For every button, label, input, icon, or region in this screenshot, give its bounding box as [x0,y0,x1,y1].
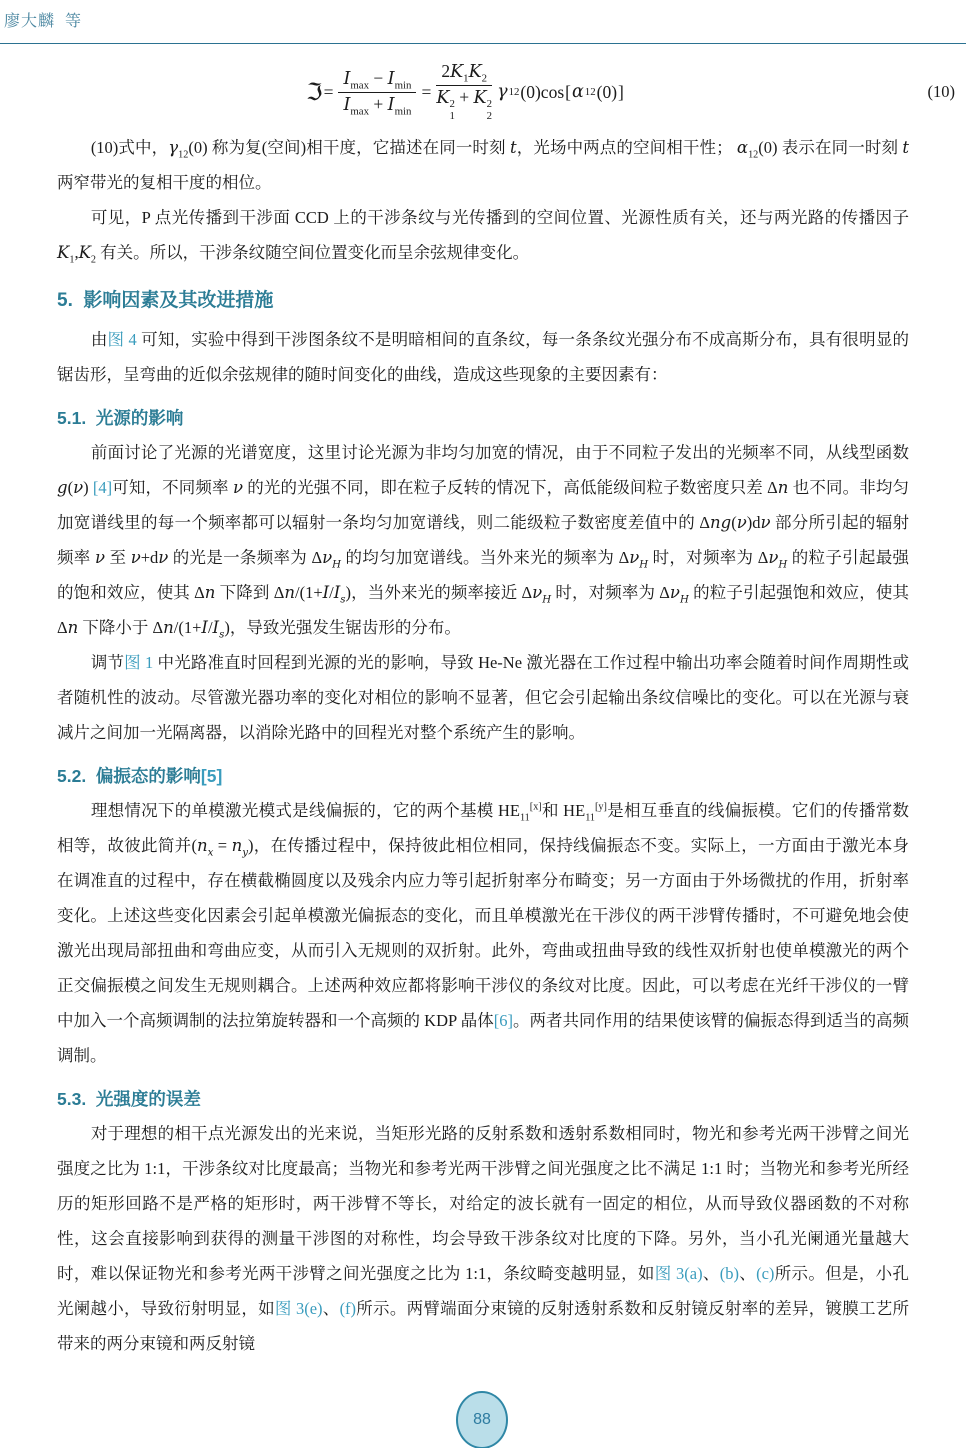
math-var: ν [95,548,105,567]
math-var: n [284,583,295,602]
figure-3a-ref-link[interactable]: 图 3(a) [655,1264,703,1283]
text-run: = [213,836,231,855]
subsection-heading-5-2: 5.2. 偏振态的影响[5] [57,764,909,788]
text-run: 的光是一条频率为 Δ [168,548,322,567]
paragraph-section5-intro: 由图 4 可知，实验中得到干涉图条纹不是明暗相间的直条纹，每一条条纹光强分布不成… [57,322,909,392]
math-var: ν [670,583,680,602]
fraction: Imax − IminImax + Imin [338,68,416,117]
text-run: + [369,94,388,114]
math-var: t [510,138,517,157]
subscript: H [778,559,787,570]
sub-sup-stack: 22 [487,99,492,123]
text-run: 时，对频率为 Δ [648,548,768,567]
text-run: 和 HE [542,801,585,820]
math-var: ν [233,478,243,497]
subscript: 12 [748,149,758,160]
text-run: (10)式中， [91,138,168,157]
text-run: 可见，P 点光传播到干涉面 CCD 上的干涉条纹与光传播到的空间位置、光源性质有… [91,208,909,227]
math-var: K [474,88,487,108]
fraction-denominator: K21 + K22 [436,86,492,124]
text-run: 表示在同一时刻 [778,138,903,157]
subscript: min [395,105,412,117]
text-run: )，在传播过程中，保持彼此相位相同，保持线偏振态不变。实际上，一方面由于激光本身… [57,836,909,1030]
subscript: min [395,79,412,91]
subscript: 2 [482,72,487,84]
subscript: 11 [520,812,530,823]
text-run: 5.3. 光强度的误差 [57,1089,201,1109]
figure-3e-ref-link[interactable]: 图 3(e) [275,1299,323,1318]
superscript: 2 [487,99,492,111]
text-run: 5. 影响因素及其改进措施 [57,290,273,311]
math-var: t [902,138,909,157]
paragraph-intensity-error: 对于理想的相干点光源发出的光来说，当矩形光路的反射系数和透射系数相同时，物光和参… [57,1116,909,1361]
citation-5-link[interactable]: [5] [201,766,222,786]
text-run: 可知，实验中得到干涉图条纹不是明暗相间的直条纹，每一条条纹光强分布不成高斯分布，… [57,330,909,384]
text-run: 由 [91,330,108,349]
text-run: ，光场中两点的空间相干性； [517,138,737,157]
citation-6-link[interactable]: [6] [494,1011,513,1030]
text-run: ℑ [306,78,322,107]
equation-number: (10) [928,82,956,102]
subscript: H [680,594,689,605]
text-run: 调节 [91,653,124,672]
text-run: 对于理想的相干点光源发出的光来说，当矩形光路的反射系数和透射系数相同时，物光和参… [57,1124,909,1283]
subsection-heading-5-3: 5.3. 光强度的误差 [57,1087,909,1111]
paragraph-polarization: 理想情况下的单模激光模式是线偏振的，它的两个基模 HE11[x]和 HE11[y… [57,793,909,1073]
text-run: 两窄带光的复相干度的相位。 [57,173,272,192]
figure-4-ref-link[interactable]: 图 4 [108,330,137,349]
math-var: γ [168,138,178,157]
subscript: 2 [487,111,492,123]
math-var: ν [322,548,332,567]
text-run: 5.1. 光源的影响 [57,408,183,428]
fraction-numerator: Imax − Imin [338,68,416,93]
text-run: 至 [105,548,131,567]
paragraph-light-source: 前面讨论了光源的光谱宽度，这里讨论光源为非均匀加宽的情况，由于不同粒子发出的光频… [57,435,909,645]
math-var: n [197,836,208,855]
text-run: ] [618,82,624,103]
text-run: 5.2. 偏振态的影响 [57,766,201,786]
figure-3f-ref-link[interactable]: (f) [340,1299,356,1318]
subscript: 1 [449,111,454,123]
text-run: (0)cos [520,82,564,103]
page-number: 88 [473,1411,491,1429]
text-run: = [421,82,431,103]
author-header-text: 廖大麟 等 [4,13,82,30]
text-run: [ [565,82,571,103]
figure-3c-ref-link[interactable]: (c) [756,1264,774,1283]
math-var: K [469,62,482,82]
math-var: ν [532,583,542,602]
fraction-denominator: Imax + Imin [338,93,416,117]
text-run: (0) [188,138,207,157]
math-var: K [436,88,449,108]
math-var: ν [131,548,141,567]
text-run: 有关。所以，干涉条纹随空间位置变化而呈余弦规律变化。 [96,243,529,262]
section-heading-5: 5. 影响因素及其改进措施 [57,288,909,314]
math-var: α [572,82,584,102]
math-var: n [68,618,79,637]
math-var: n [778,478,789,497]
superscript: [y] [595,802,607,813]
text-run: 称为复(空间)相干度，它描述在同一时刻 [208,138,510,157]
math-var: ν [761,513,771,532]
text-run: 、 [739,1264,756,1283]
text-run: 可知，不同频率 [112,478,233,497]
equation-10: ℑ = Imax − IminImax + Imin = 2K1K2K21 + … [57,60,909,124]
paragraph-henelaser-feedback: 调节图 1 中光路准直时回程到光源的光的影响，导致 He-Ne 激光器在工作过程… [57,645,909,750]
text-run: − [369,68,388,88]
math-var: n [232,836,243,855]
superscript: [x] [530,802,542,813]
subscript: H [542,594,551,605]
math-var: K [450,62,463,82]
text-run: 中光路准直时回程到光源的光的影响，导致 He-Ne 激光器在工作过程中输出功率会… [57,653,909,742]
math-var: K [57,243,69,262]
paragraph-eq10-explanation: (10)式中，γ12(0) 称为复(空间)相干度，它描述在同一时刻 t，光场中两… [57,130,909,200]
math-var: K [79,243,91,262]
text-run: 下降小于 Δ [78,618,163,637]
page-body: ℑ = Imax − IminImax + Imin = 2K1K2K21 + … [57,60,909,1361]
subscript: max [350,79,369,91]
page-number-badge: 88 [456,1391,508,1448]
text-run: = [324,82,334,103]
subscript: 12 [178,149,188,160]
figure-3b-ref-link[interactable]: (b) [720,1264,739,1283]
text-run: /(1+ [174,618,202,637]
math-var: n [710,513,721,532]
text-run: ，导致光强发生锯齿形的分布。 [230,618,461,637]
text-run: )d [747,513,761,532]
text-run: ，当外来光的频率接近 Δ [351,583,532,602]
math-var: γ [497,82,507,102]
paragraph-ccd-fringes: 可见，P 点光传播到干涉面 CCD 上的干涉条纹与光传播到的空间位置、光源性质有… [57,200,909,270]
text-run: 下降到 Δ [215,583,284,602]
text-run: 时，对频率为 Δ [551,583,670,602]
text-run: 2 [441,61,450,81]
text-run: + [455,87,474,107]
math-var: ν [768,548,778,567]
citation-4-link[interactable]: [4] [93,478,112,497]
text-run: 、 [323,1299,340,1318]
math-var: g [721,513,732,532]
subscript: 11 [585,812,595,823]
subscript: H [639,559,648,570]
math-var: n [205,583,216,602]
text-run: 的光的光强不同，即在粒子反转的情况下，高低能级间粒子数密度只差 Δ [243,478,778,497]
figure-1-ref-link[interactable]: 图 1 [124,653,153,672]
fraction-numerator: 2K1K2 [436,61,492,86]
header-divider [0,43,966,44]
author-header: 廖大麟 等 [0,0,966,31]
text-run: (0) [758,138,777,157]
math-var: n [163,618,174,637]
subscript: max [350,105,369,117]
subsection-heading-5-1: 5.1. 光源的影响 [57,406,909,430]
equation-body: ℑ = Imax − IminImax + Imin = 2K1K2K21 + … [306,61,624,124]
math-var: ν [73,478,83,497]
math-var: ν [158,548,168,567]
math-var: g [57,478,68,497]
text-run: (0) [597,82,617,103]
text-run: +d [141,548,159,567]
math-var: ν [737,513,747,532]
text-run: 前面讨论了光源的光谱宽度，这里讨论光源为非均匀加宽的情况，由于不同粒子发出的光频… [91,443,909,462]
fraction: 2K1K2K21 + K22 [436,61,492,124]
text-run: /(1+ [295,583,323,602]
math-var: α [737,138,748,157]
subscript: H [332,559,341,570]
text-run: 的均匀加宽谱线。当外来光的频率为 Δ [341,548,629,567]
text-run: 理想情况下的单模激光模式是线偏振的，它的两个基模 HE [91,801,520,820]
math-var: ν [629,548,639,567]
text-run: 、 [703,1264,720,1283]
text-run: ) [83,478,93,497]
